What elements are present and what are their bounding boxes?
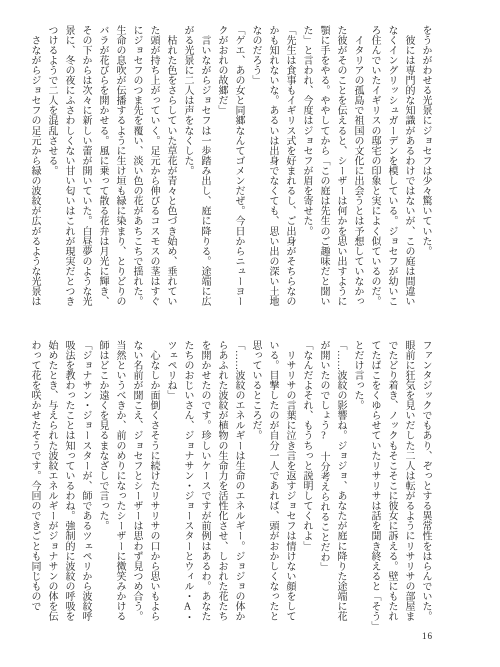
text-column: 「……波紋のエネルギーは生命のエネルギー。ジョジョの体か [230, 340, 247, 624]
text-column: かも知れないな。あるいは出身でなくても、思い出の深い土地 [264, 25, 281, 309]
text-column: イタリアの孤島で祖国の文化に出会うとは予想していなかっ [349, 25, 366, 309]
text-column: なのだろう」 [247, 25, 264, 309]
text-column: が開いたのでしょう? 十分考えられることだわ」 [315, 340, 332, 624]
text-column: 枯れた色をさらしていた草花が青々と色づき始め、垂れてい [162, 25, 179, 309]
text-column: わって花を咲かせたそうです。今回のできごとも同じもので [26, 340, 43, 624]
text-column: 景に、冬の夜にふさわしくない甘い匂いはこれが現実だとつき [60, 25, 77, 309]
text-column: らあふれた波紋が植物の生命力を活性化させ、しおれた花たち [213, 340, 230, 624]
text-column: なくイングリッシュガーデンを模している。ジョセフが幼いこ [383, 25, 400, 309]
text-column: ろ住んでいたイギリスの邸宅の印象と実によく似ているのだ。 [366, 25, 383, 309]
text-column: ファンタジックでもあり、ぞっとする異常性をはらんでいた。 [417, 340, 434, 624]
text-column: 言いながらジョセフは一歩踏み出し、庭に降りる。途端に広 [196, 25, 213, 309]
text-column: たちのおじいさん、ジョナサン・ジョースターとウィル・A・ [179, 340, 196, 624]
text-column: 「ゲエ、あの女と同郷なんてゴメンだぜ。今日からニューヨー [230, 25, 247, 309]
text-column: てたばこをくゆらせていたリサリサは話を聞き終えると「そう」 [366, 340, 383, 624]
text-column: 眼前に狂気を見いだした二人は転がるようにリサリサの部屋ま [400, 340, 417, 624]
text-column: でたどり着き、ノックもそこそこに彼女に訴える。壁にもたれ [383, 340, 400, 624]
text-column: その下からは次々に新しい蕾が開いていた。白昼夢のような光 [77, 25, 94, 309]
text-column: クがおれの故郷だ」 [213, 25, 230, 309]
text-column: さながらジョセフの足元から緑の波紋が広がるような光景は [26, 25, 43, 309]
text-column: バラが花びらを開かせる。風に乗って散る花弁は月光に輝き、 [94, 25, 111, 309]
text-column: 「なんだよそれ、もうちっと説明してくれよ」 [298, 340, 315, 624]
text-column: 始めたとき、与えられた波紋エネルギーがジョナサンの体を伝 [43, 340, 60, 624]
text-column: がる光景に二人は声をなくした。 [179, 25, 196, 309]
text-column: た頭が持ち上がっていく。足元から伸びるコスモスの茎はすぐ [145, 25, 162, 309]
text-column: つけるようで二人を混乱させる。 [43, 25, 60, 309]
text-column: ない名前が聞こえ、ジョセフとシーザーは思わず見つめ合う。 [128, 340, 145, 624]
text-column: 生命の息吹が伝播するように生け垣も緑に染まり、とりどりの [111, 25, 128, 309]
text-column: 「先生は食事もイギリス式を好まれるし、ご出身がそちらなの [281, 25, 298, 309]
text-column: リサリサの言葉に泣き言を返すジョセフは情けない顔をして [281, 340, 298, 624]
text-column: 師はどこか遠くを見るまなざしで言った。 [94, 340, 111, 624]
text-column: 当然というべきか、前のめりになったシーザーに微笑みかける [111, 340, 128, 624]
text-column: 「ジョナサン・ジョースターが、師であるツェペリから波紋呼 [77, 340, 94, 624]
text-column: 「……波紋の影響ね。ジョジョ、あなたが庭に降りた途端に花 [332, 340, 349, 624]
top-text-block: をうかがわせる光景にジョセフは少々驚いていた。 彼には専門的な知識があるわけでは… [26, 25, 434, 309]
text-column: とだけ言った。 [349, 340, 366, 624]
text-column: にジョセフのつま先を覆い、淡い色の花があちこちで揺れた。 [128, 25, 145, 309]
text-column: 思っているところだ。 [247, 340, 264, 624]
text-column: 彼には専門的な知識があるわけではないが、この庭は間違い [400, 25, 417, 309]
text-column: た」と言われ、今度はジョセフが眉を寄せた。 [298, 25, 315, 309]
bottom-text-block: ファンタジックでもあり、ぞっとする異常性をはらんでいた。眼前に狂気を見いだした二… [26, 340, 434, 624]
text-column: をうかがわせる光景にジョセフは少々驚いていた。 [417, 25, 434, 309]
text-column: ツェペリね」 [162, 340, 179, 624]
text-column: を開かせたのです。珍しいケースですが前例はあるわ。あなた [196, 340, 213, 624]
text-column: 顎に手をやる。ややしてから「この庭は先生のご趣味だと聞い [315, 25, 332, 309]
page-number: 16 [422, 631, 433, 641]
text-column: いる。目撃したのが自分一人であれば、頭がおかしくなったと [264, 340, 281, 624]
text-column: た彼がそのことを伝えると、シーザーは何かを思い出すように [332, 25, 349, 309]
book-page: をうかがわせる光景にジョセフは少々驚いていた。 彼には専門的な知識があるわけでは… [0, 0, 500, 667]
text-column: 心なしか面倒くさそうに続けたリサリサの口から思いもよら [145, 340, 162, 624]
text-column: 吸法を教わったことは知っているわね。強制的に波紋の呼吸を [60, 340, 77, 624]
